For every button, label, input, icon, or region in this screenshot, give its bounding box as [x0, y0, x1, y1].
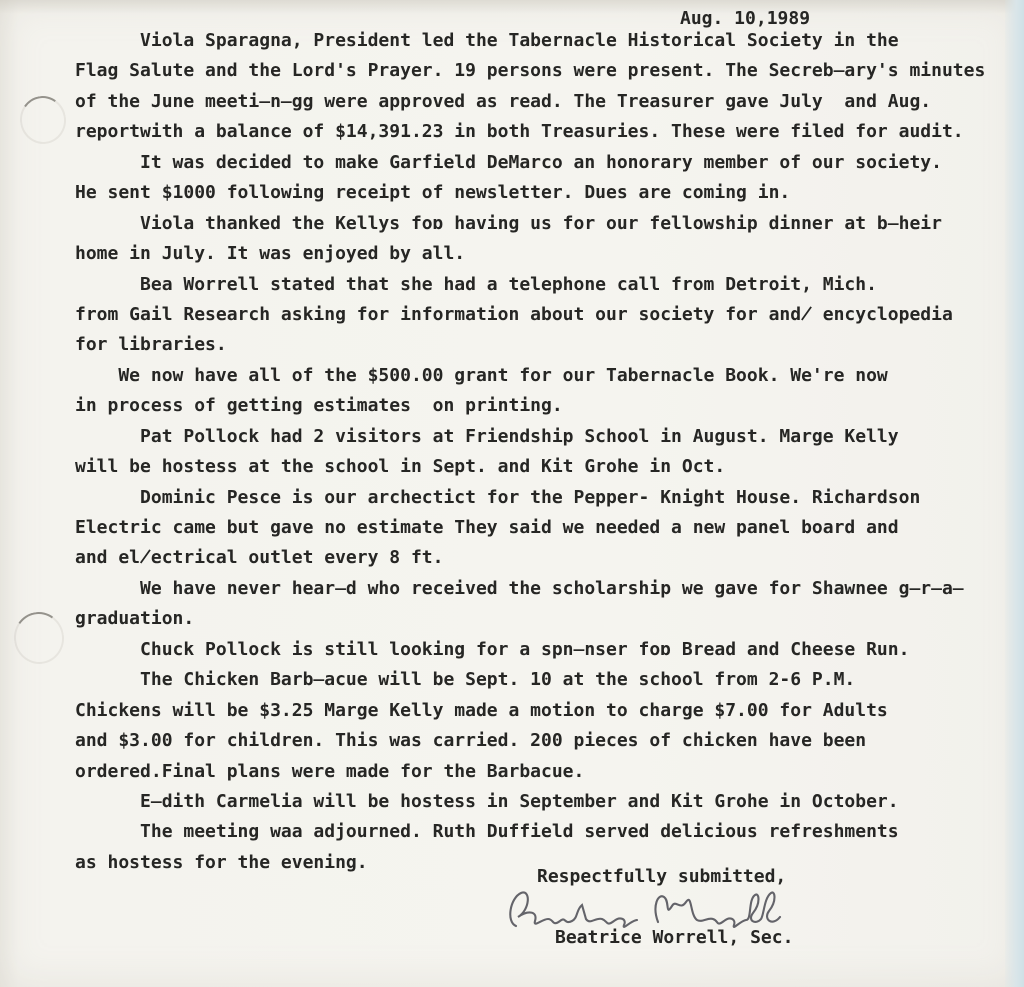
- text-line: We have never hear̶d who received the sc…: [75, 574, 1015, 604]
- scanned-page: Aug. 10,1989 Viola Sparagna, President l…: [0, 0, 1024, 987]
- text-line: for libraries.: [75, 330, 1015, 360]
- text-line: The Chicken Barb̶acue will be Sept. 10 a…: [75, 665, 1015, 695]
- text-line: from Gail Research asking for informatio…: [75, 300, 1015, 330]
- text-line: He sent $1000 following receipt of newsl…: [75, 178, 1015, 208]
- text-line: and $3.00 for children. This was carried…: [75, 726, 1015, 756]
- text-line: The meeting waa adjourned. Ruth Duffield…: [75, 817, 1015, 847]
- text-line: reportwith a balance of $14,391.23 in bo…: [75, 117, 1015, 147]
- text-line: and el̸ectrical outlet every 8 ft.: [75, 543, 1015, 573]
- text-line: Dominic Pesce is our archectict for the …: [75, 483, 1015, 513]
- text-line: Chuck Pollock is still looking for a spn…: [75, 635, 1015, 665]
- text-line: Chickens will be $3.25 Marge Kelly made …: [75, 696, 1015, 726]
- text-line: It was decided to make Garfield DeMarco …: [75, 148, 1015, 178]
- text-line: ordered.Final plans were made for the Ba…: [75, 757, 1015, 787]
- text-line: of the June meeti̶n̶gg were approved as …: [75, 87, 1015, 117]
- text-line: E̶dith Carmelia will be hostess in Septe…: [75, 787, 1015, 817]
- text-line: in process of getting estimates on print…: [75, 391, 1015, 421]
- document-body: Viola Sparagna, President led the Tabern…: [75, 26, 1015, 878]
- text-line: Viola thanked the Kellys foɒ having us f…: [75, 209, 1015, 239]
- text-line: will be hostess at the school in Sept. a…: [75, 452, 1015, 482]
- binder-hole-mark: [10, 608, 68, 668]
- text-line: Electric came but gave no estimate They …: [75, 513, 1015, 543]
- scan-top-shading: [0, 0, 1024, 14]
- text-line: Pat Pollock had 2 visitors at Friendship…: [75, 422, 1015, 452]
- text-line: Bea Worrell stated that she had a teleph…: [75, 270, 1015, 300]
- text-line: Flag Salute and the Lord's Prayer. 19 pe…: [75, 56, 1015, 86]
- text-line: Viola Sparagna, President led the Tabern…: [75, 26, 1015, 56]
- binder-hole-mark: [16, 92, 70, 147]
- text-line: home in July. It was enjoyed by all.: [75, 239, 1015, 269]
- text-line: graduation.: [75, 604, 1015, 634]
- text-line: We now have all of the $500.00 grant for…: [75, 361, 1015, 391]
- closing-typed-name: Beatrice Worrell, Sec.: [555, 927, 793, 948]
